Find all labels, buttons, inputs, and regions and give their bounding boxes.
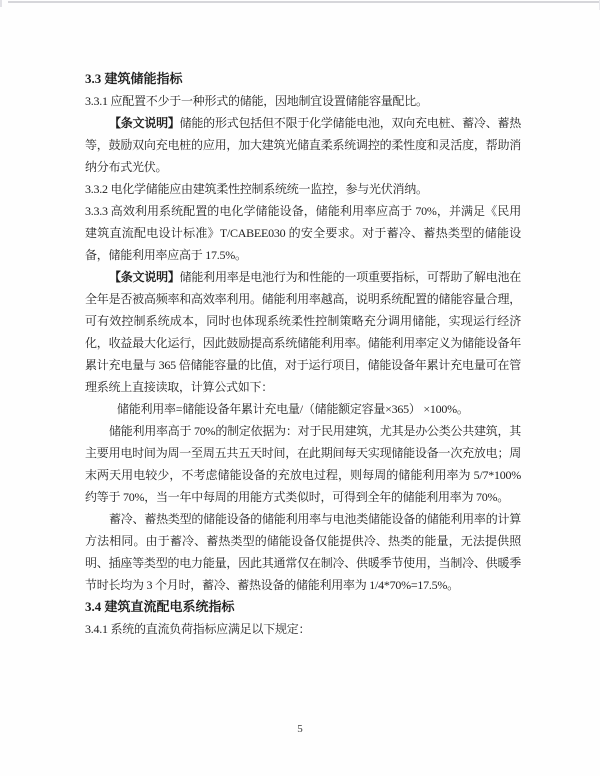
section-heading-3-4: 3.4 建筑直流配电系统指标: [85, 596, 521, 618]
note-paragraph-1: 【条文说明】储能的形式包括但不限于化学储能电池，双向充电桩、蓄冷、蓄热等，鼓励双…: [85, 112, 521, 178]
note-label-1: 【条文说明】: [109, 116, 180, 130]
note-text-2: 储能利用率是电池行为和性能的一项重要指标，可帮助了解电池在全年是否被高频率和高效…: [85, 270, 521, 394]
document-content: 3.3 建筑储能指标 3.3.1 应配置不少于一种形式的储能，因地制宜设置储能容…: [85, 68, 521, 640]
storage-utilization-formula: 储能利用率=储能设备年累计充电量/（储能额定容量×365） ×100%。: [85, 398, 521, 420]
document-page: 3.3 建筑储能指标 3.3.1 应配置不少于一种形式的储能，因地制宜设置储能容…: [0, 0, 600, 776]
scan-artifact-tick-left: [0, 0, 2, 7]
clause-3-3-3: 3.3.3 高效利用系统配置的电化学储能设备，储能利用率应高于 70%，并满足《…: [85, 200, 521, 266]
clause-3-3-2: 3.3.2 电化学储能应由建筑柔性控制系统统一监控，参与光伏消纳。: [85, 178, 521, 200]
scan-artifact-line: [8, 1, 600, 3]
paragraph-70-percent-basis: 储能利用率高于 70%的制定依据为：对于民用建筑，尤其是办公类公共建筑，其主要用…: [85, 420, 521, 508]
page-number: 5: [0, 721, 600, 737]
clause-3-4-1: 3.4.1 系统的直流负荷指标应满足以下规定：: [85, 618, 521, 640]
clause-3-3-1: 3.3.1 应配置不少于一种形式的储能，因地制宜设置储能容量配比。: [85, 90, 521, 112]
paragraph-thermal-storage: 蓄冷、蓄热类型的储能设备的储能利用率与电池类储能设备的储能利用率的计算方法相同。…: [85, 508, 521, 596]
section-heading-3-3: 3.3 建筑储能指标: [85, 68, 521, 90]
note-label-2: 【条文说明】: [109, 270, 180, 284]
note-paragraph-2: 【条文说明】储能利用率是电池行为和性能的一项重要指标，可帮助了解电池在全年是否被…: [85, 266, 521, 398]
